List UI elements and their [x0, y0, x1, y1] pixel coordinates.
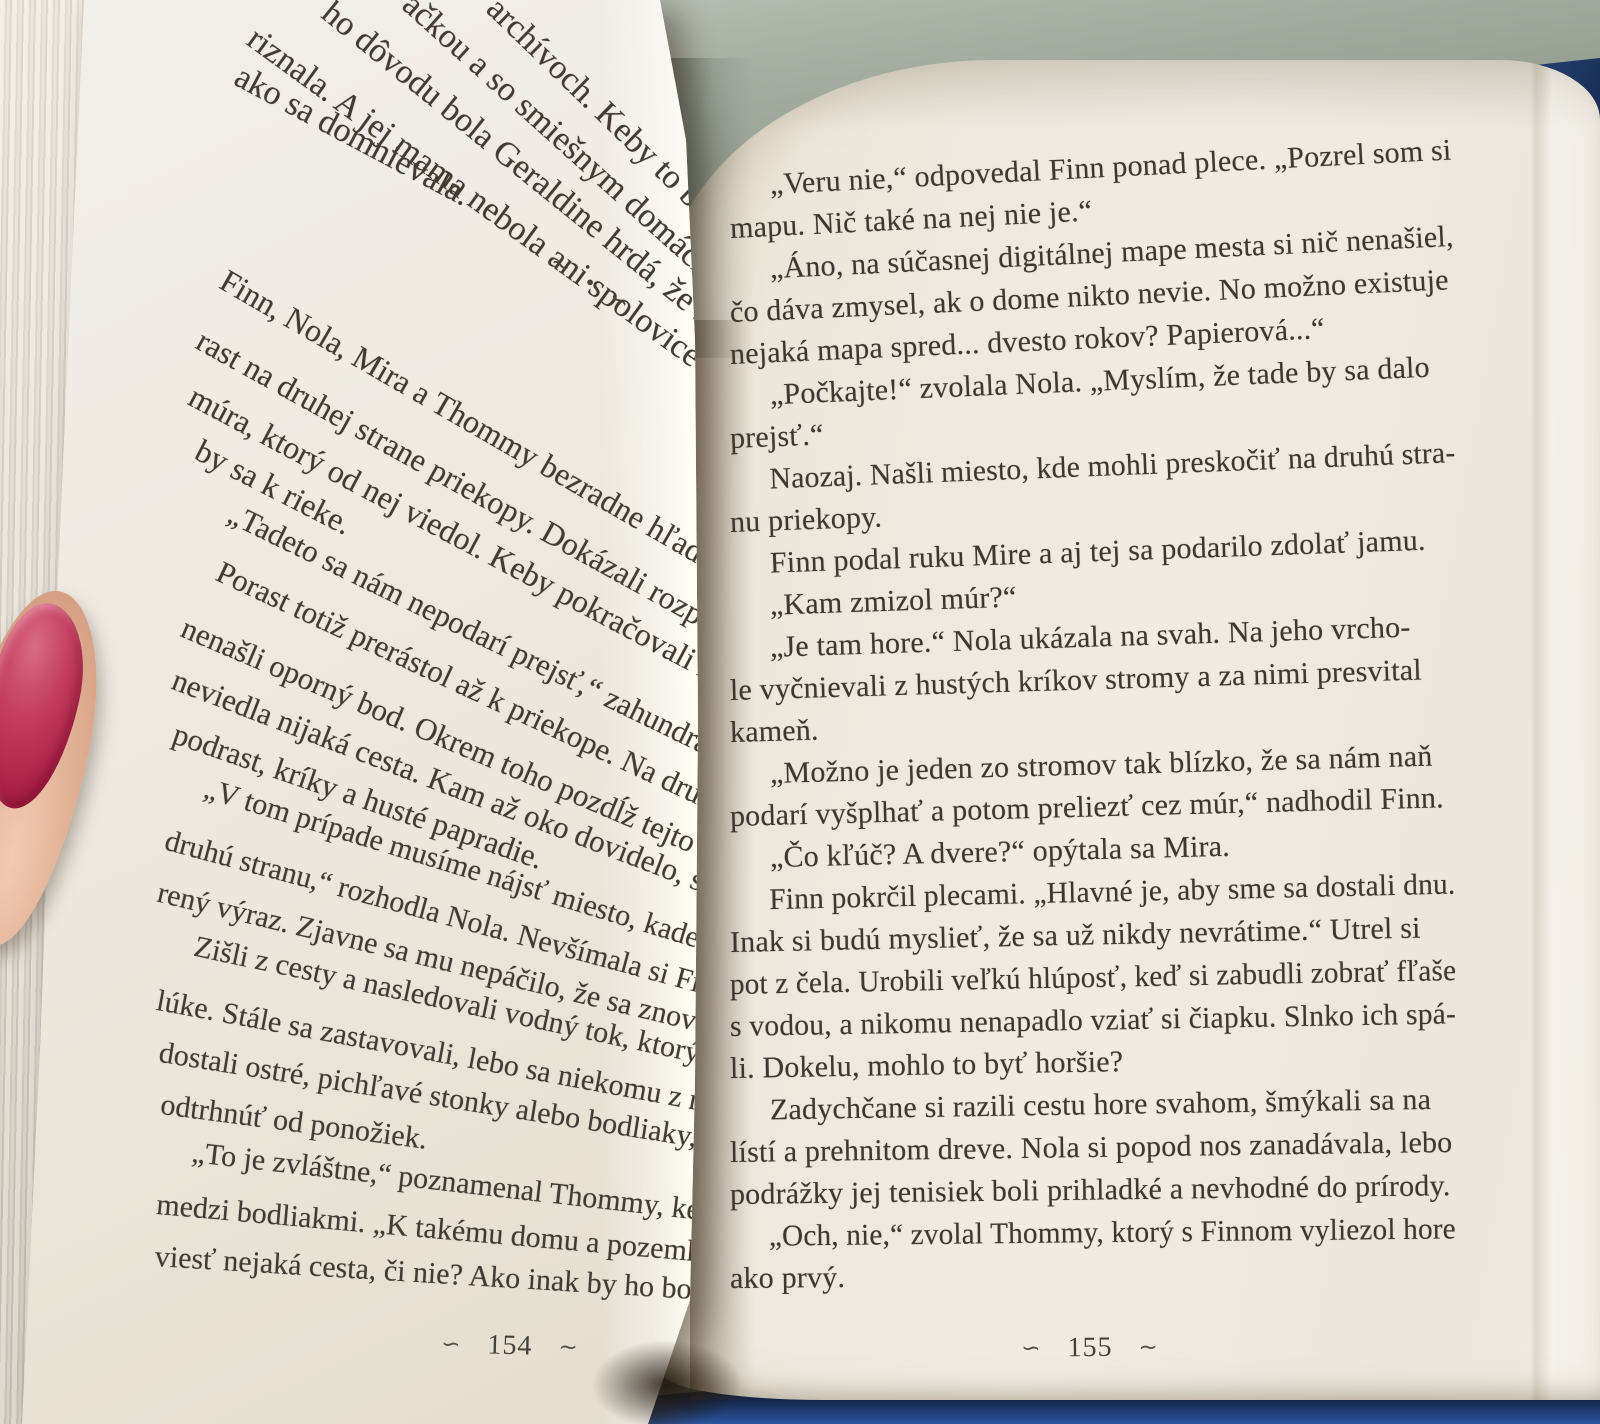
- page-number: ∽ 154 ∼: [420, 1328, 601, 1365]
- left-page: archívoch. Keby to bo ačkou a so smiešny…: [0, 0, 700, 1424]
- book-photo: { "left_page": { "page_number": "154", "…: [0, 0, 1600, 1424]
- squiggle-ornament-right: ∼: [558, 1334, 579, 1361]
- page-number-value: 154: [487, 1329, 533, 1362]
- squiggle-ornament-left: ∽: [441, 1331, 462, 1358]
- gutter-dark-shadow: [592, 1340, 742, 1424]
- left-page-wrap: archívoch. Keby to bo ačkou a so smiešny…: [0, 0, 1600, 1424]
